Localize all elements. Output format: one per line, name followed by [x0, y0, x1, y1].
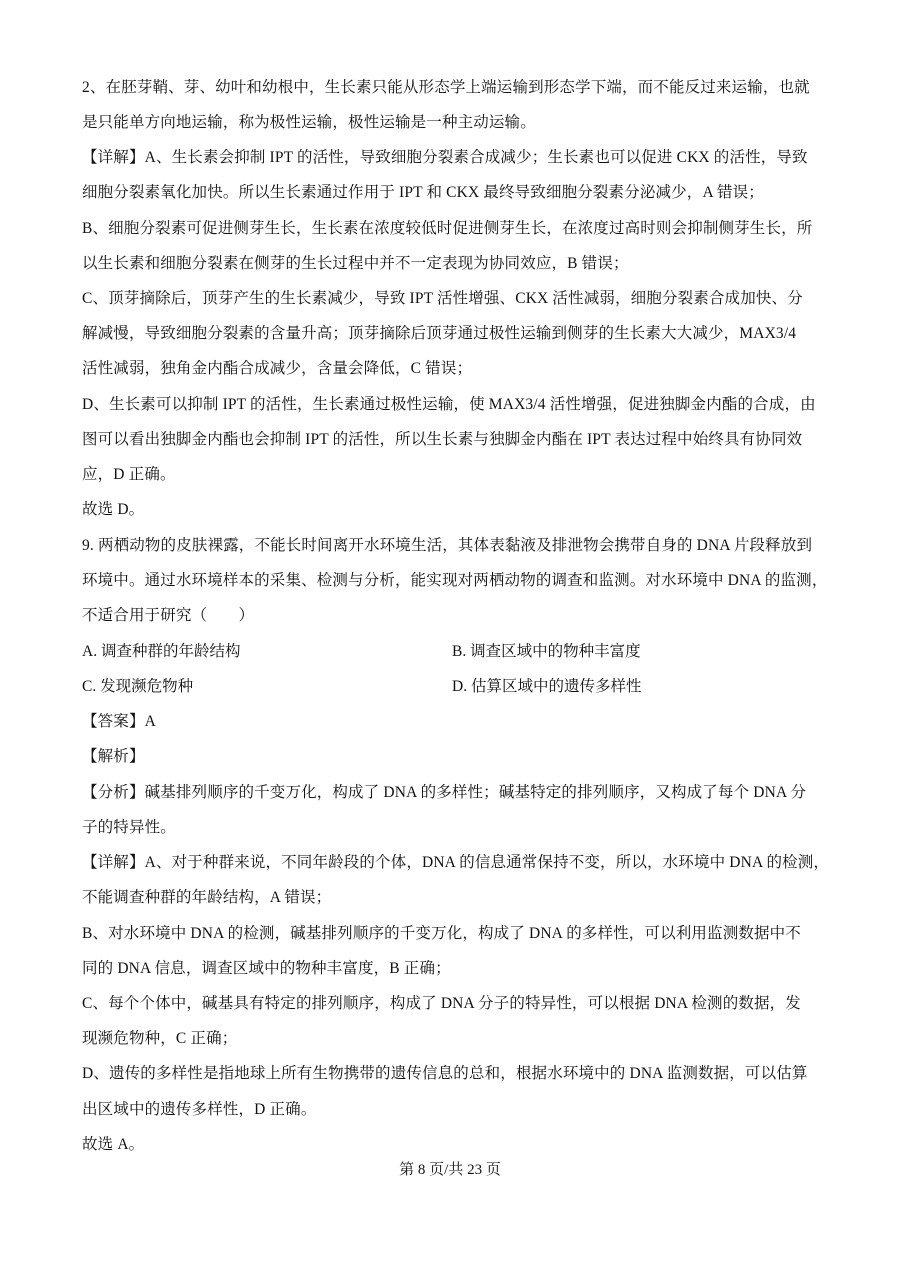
text-line: 应，D 正确。: [82, 465, 176, 485]
text-line: 【分析】碱基排列顺序的千变万化，构成了 DNA 的多样性；碱基特定的排列顺序，又…: [82, 783, 806, 803]
text-line: C、每个个体中，碱基具有特定的排列顺序，构成了 DNA 分子的特异性，可以根据 …: [82, 994, 801, 1014]
text-line: 出区域中的遗传多样性，D 正确。: [82, 1100, 316, 1120]
text-line: B、对水环境中 DNA 的检测，碱基排列顺序的千变万化，构成了 DNA 的多样性…: [82, 924, 801, 944]
text-line: 同的 DNA 信息，调查区域中的物种丰富度，B 正确；: [82, 959, 451, 979]
text-line: 是只能单方向地运输，称为极性运输，极性运输是一种主动运输。: [82, 113, 536, 133]
text-line: 子的特异性。: [82, 818, 176, 838]
question-stem: 9. 两栖动物的皮肤裸露，不能长时间离开水环境生活，其体表黏液及排泄物会携带自身…: [82, 536, 812, 556]
option-c: C. 发现濒危物种: [82, 677, 193, 697]
text-line: 细胞分裂素氧化加快。所以生长素通过作用于 IPT 和 CKX 最终导致细胞分裂素…: [82, 183, 764, 203]
text-line: 图可以看出独脚金内酯也会抑制 IPT 的活性，所以生长素与独脚金内酯在 IPT …: [82, 430, 802, 450]
page-indicator: 第 8 页/共 23 页: [0, 1158, 900, 1179]
question-stem: 不适合用于研究（ ）: [82, 606, 254, 626]
option-b: B. 调查区域中的物种丰富度: [452, 642, 641, 662]
text-line: 活性减弱，独角金内酯合成减少，含量会降低，C 错误；: [82, 359, 472, 379]
text-line: 【详解】A、对于种群来说，不同年龄段的个体，DNA 的信息通常保持不变，所以，水…: [82, 853, 829, 873]
text-line: B、细胞分裂素可促进侧芽生长，生长素在浓度较低时促进侧芽生长，在浓度过高时则会抑…: [82, 219, 812, 239]
text-line: C、顶芽摘除后，顶芽产生的生长素减少，导致 IPT 活性增强、CKX 活性减弱，…: [82, 289, 803, 309]
text-line: 【详解】A、生长素会抑制 IPT 的活性，导致细胞分裂素合成减少；生长素也可以促…: [82, 148, 808, 168]
analysis-heading: 【解析】: [82, 747, 145, 767]
answer-conclusion: 故选 A。: [82, 1135, 144, 1155]
text-line: 解减慢，导致细胞分裂素的含量升高；顶芽摘除后顶芽通过极性运输到侧芽的生长素大大减…: [82, 324, 796, 344]
text-line: 2、在胚芽鞘、芽、幼叶和幼根中，生长素只能从形态学上端运输到形态学下端，而不能反…: [82, 78, 810, 98]
option-d: D. 估算区域中的遗传多样性: [452, 677, 641, 697]
text-line: D、生长素可以抑制 IPT 的活性，生长素通过极性运输，使 MAX3/4 活性增…: [82, 395, 816, 415]
text-line: D、遗传的多样性是指地球上所有生物携带的遗传信息的总和，根据水环境中的 DNA …: [82, 1064, 808, 1084]
text-line: 现濒危物种，C 正确；: [82, 1029, 237, 1049]
text-line: 不能调查种群的年龄结构，A 错误；: [82, 888, 331, 908]
answer-label: 【答案】A: [82, 712, 156, 732]
text-line: 以生长素和细胞分裂素在侧芽的生长过程中并不一定表现为协同效应，B 错误；: [82, 254, 629, 274]
question-stem: 环境中。通过水环境样本的采集、检测与分析，能实现对两栖动物的调查和监测。对水环境…: [82, 571, 827, 591]
answer-conclusion: 故选 D。: [82, 500, 144, 520]
option-a: A. 调查种群的年龄结构: [82, 642, 240, 662]
